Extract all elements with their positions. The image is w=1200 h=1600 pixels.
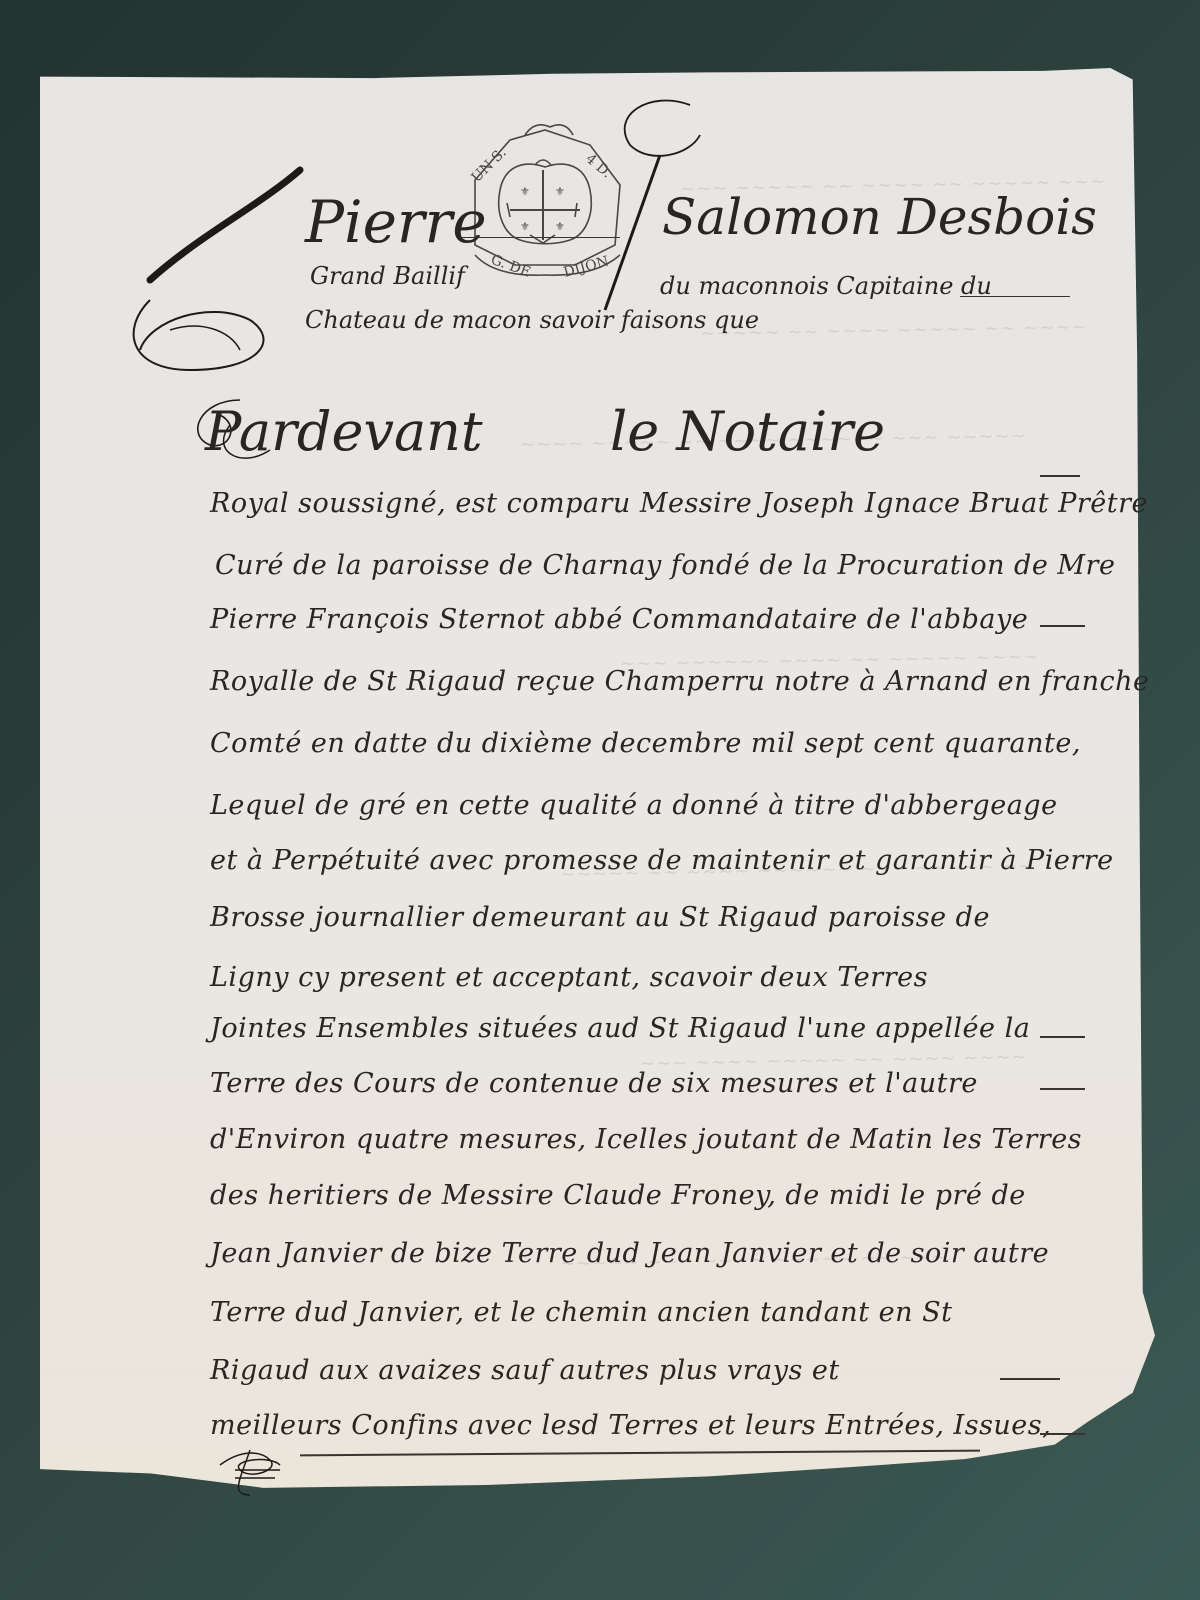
body-line: Terre des Cours de contenue de six mesur… [210,1068,978,1099]
title-notaire: le Notaire [610,400,885,463]
svg-text:⚜: ⚜ [520,220,530,233]
body-line: Brosse journallier demeurant au St Rigau… [210,902,990,933]
body-line: meilleurs Confins avec lesd Terres et le… [210,1410,1051,1441]
line-end-rule [1040,475,1080,477]
heading-office: du maconnois Capitaine du [660,272,992,300]
body-line: Pierre François Sternot abbé Commandatai… [210,604,1028,635]
title-pardevant: Pardevant [205,400,483,463]
body-line: Royal soussigné, est comparu Messire Jos… [210,488,1148,519]
line-end-rule [1000,1378,1060,1380]
heading-rule [460,237,620,238]
body-line: Jointes Ensembles situées aud St Rigaud … [210,1013,1030,1044]
svg-text:⚜: ⚜ [555,220,565,233]
line-end-rule [1040,1433,1085,1435]
svg-text:⚜: ⚜ [520,185,530,198]
heading-line-3: Chateau de macon savoir faisons que [305,306,759,334]
body-line: des heritiers de Messire Claude Froney, … [210,1180,1026,1211]
body-line: Lequel de gré en cette qualité a donné à… [210,790,1058,821]
line-end-rule [1040,625,1085,627]
body-line: Comté en datte du dixième decembre mil s… [210,728,1081,759]
paraph-signature-mark [210,1440,320,1500]
body-line: Terre dud Janvier, et le chemin ancien t… [210,1297,952,1328]
body-line: et à Perpétuité avec promesse de mainten… [210,845,1114,876]
heading-first-name: Pierre [305,188,487,256]
line-end-rule [1040,1036,1085,1038]
svg-text:G. DE: G. DE [489,252,533,281]
body-line: Curé de la paroisse de Charnay fondé de … [215,550,1115,581]
heading-surname: Salomon Desbois [662,188,1097,246]
heading-title: Grand Baillif [310,262,465,290]
body-line: Royalle de St Rigaud reçue Champerru not… [210,666,1150,697]
svg-text:⚜: ⚜ [555,185,565,198]
line-end-rule [1040,1088,1085,1090]
body-line: Jean Janvier de bize Terre dud Jean Janv… [210,1238,1049,1269]
body-line: Rigaud aux avaizes sauf autres plus vray… [210,1355,840,1386]
body-line: Ligny cy present et acceptant, scavoir d… [210,962,928,993]
heading-rule [960,296,1070,297]
body-line: d'Environ quatre mesures, Icelles joutan… [210,1124,1082,1155]
